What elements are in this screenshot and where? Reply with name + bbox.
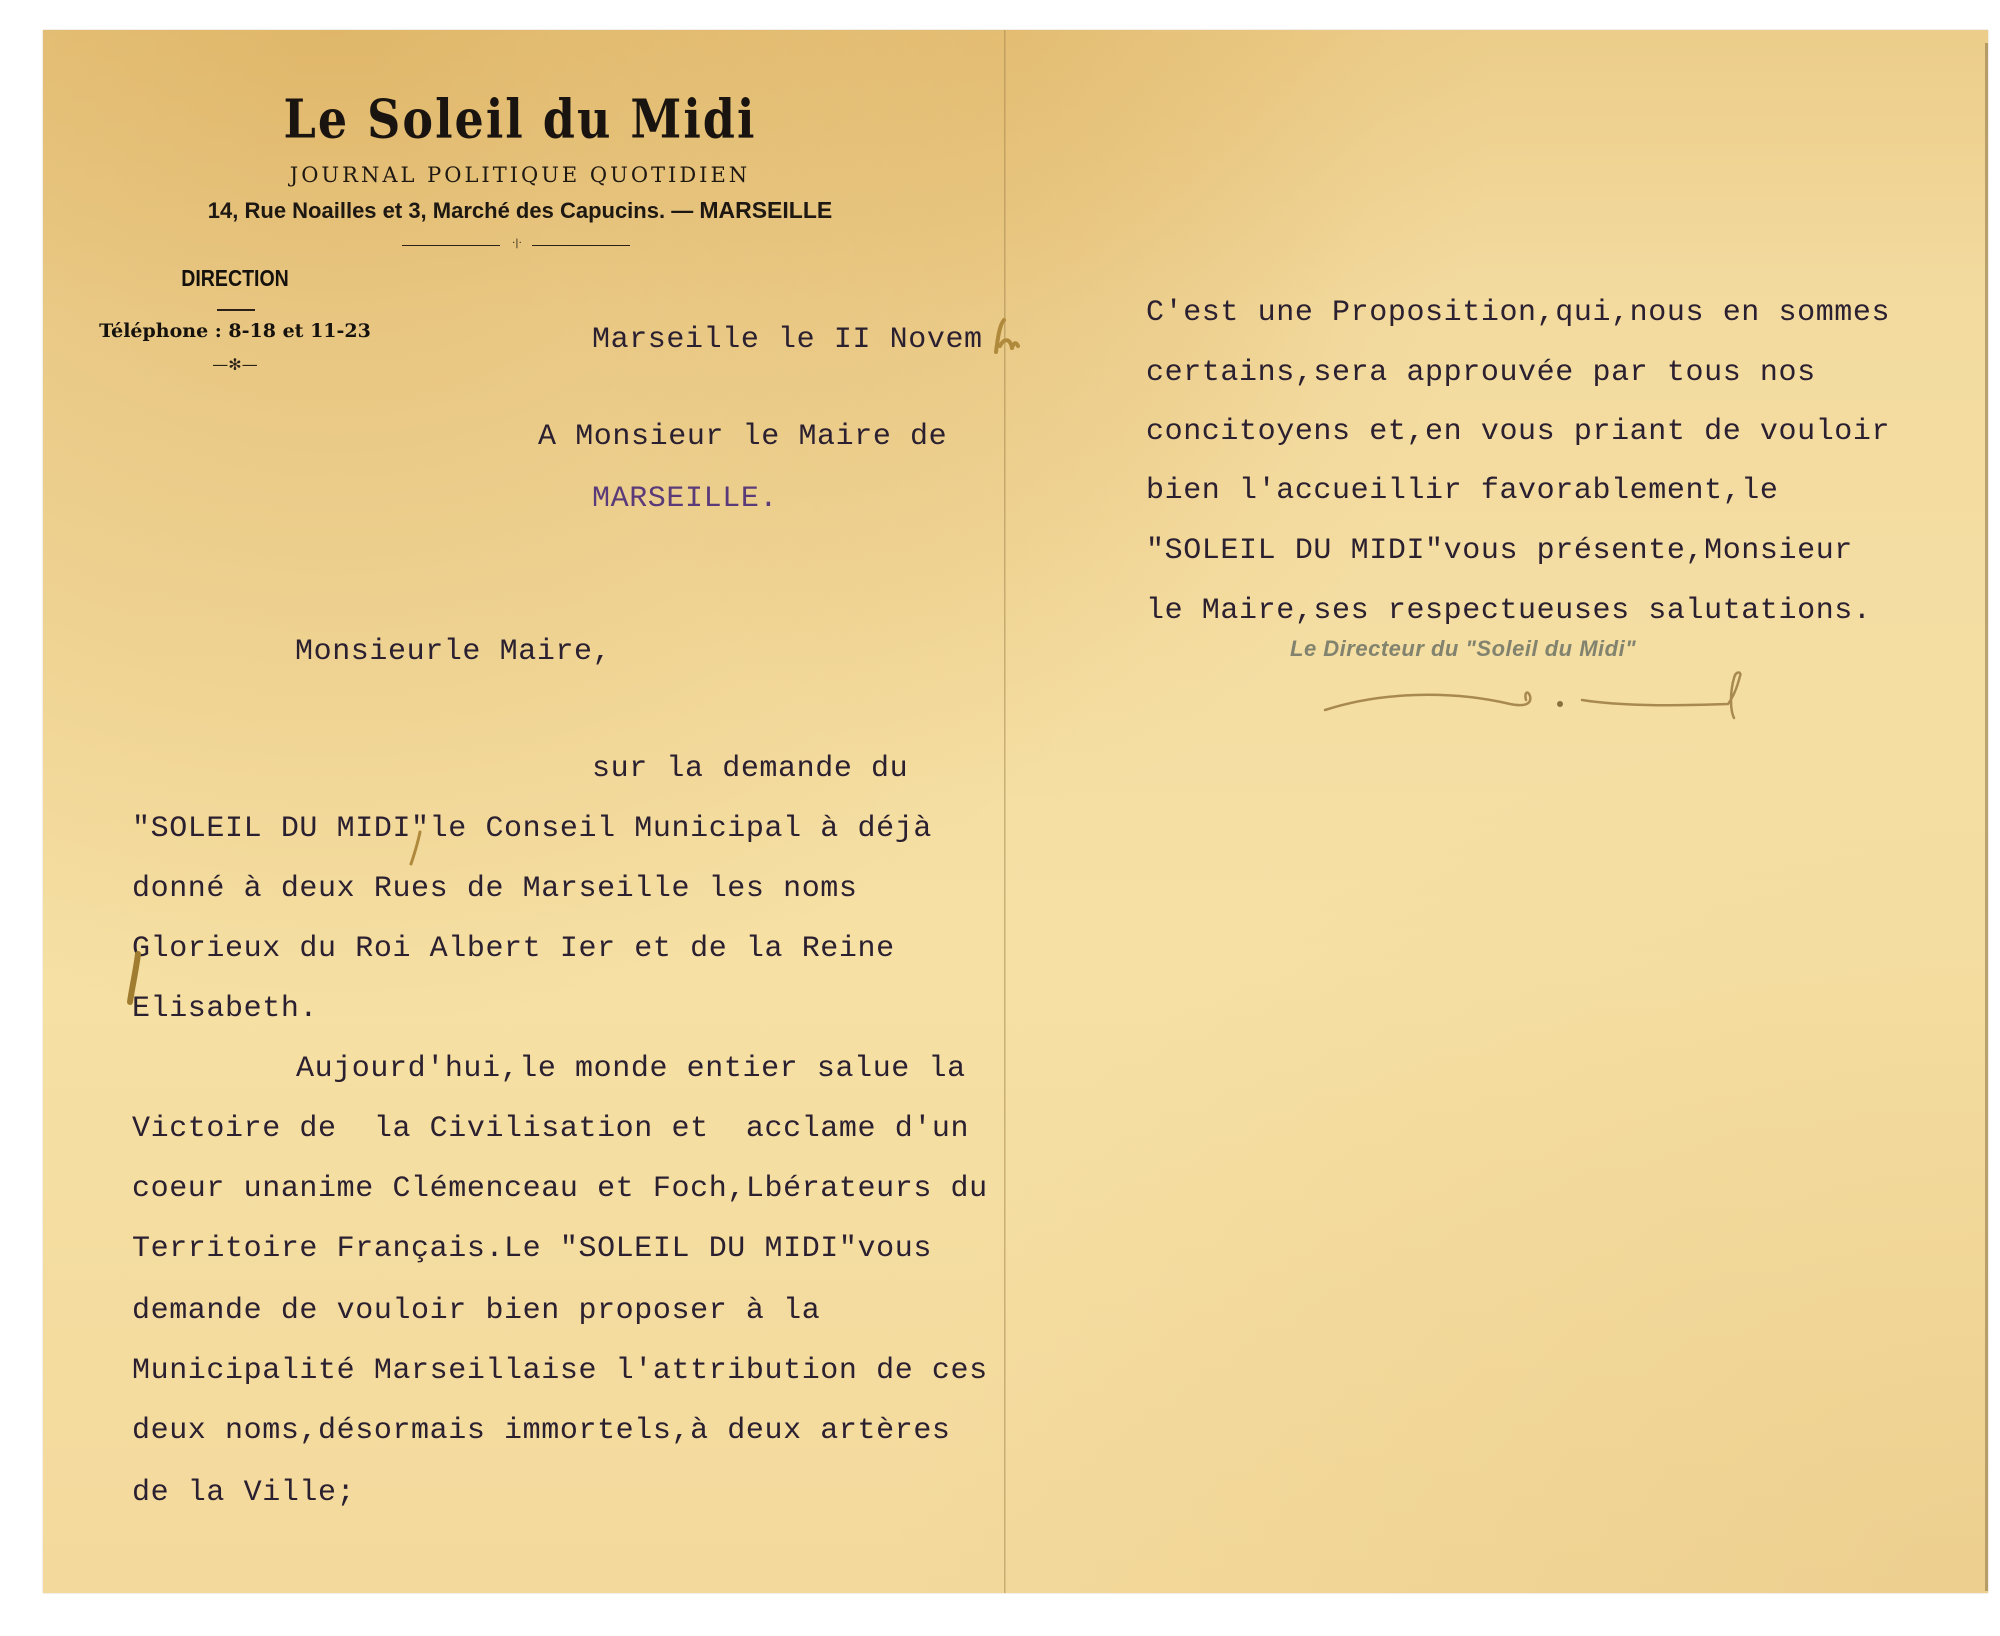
body-line: demande de vouloir bien proposer à la bbox=[132, 1294, 820, 1328]
header-divider: ·|· bbox=[402, 243, 630, 249]
body-line: deux noms,désormais immortels,à deux art… bbox=[132, 1414, 951, 1448]
divider-line-right bbox=[532, 245, 630, 246]
body-line: "SOLEIL DU MIDI"vous présente,Monsieur bbox=[1146, 534, 1853, 568]
body-line: concitoyens et,en vous priant de vouloir bbox=[1146, 415, 1890, 449]
signature bbox=[1320, 670, 1780, 720]
recipient-line-2: MARSEILLE. bbox=[592, 482, 778, 516]
newspaper-address: 14, Rue Noailles et 3, Marché des Capuci… bbox=[120, 197, 920, 224]
ink-correction-mark bbox=[990, 316, 1020, 356]
divider-ornament-icon: ·|· bbox=[502, 238, 532, 249]
body-line: Aujourd'hui,le monde entier salue la bbox=[296, 1052, 966, 1086]
body-line: le Maire,ses respectueuses salutations. bbox=[1146, 594, 1872, 628]
body-line: de la Ville; bbox=[132, 1476, 355, 1510]
body-line: Elisabeth. bbox=[132, 992, 318, 1026]
recipient-line-1: A Monsieur le Maire de bbox=[538, 420, 947, 454]
body-line: certains,sera approuvée par tous nos bbox=[1146, 356, 1816, 390]
body-line: donné à deux Rues de Marseille les noms bbox=[132, 872, 858, 906]
department-rule bbox=[217, 309, 255, 311]
page-fold bbox=[1004, 30, 1006, 1593]
salutation: Monsieurle Maire, bbox=[295, 635, 611, 669]
ink-comma-mark bbox=[408, 828, 424, 868]
newspaper-subtitle: JOURNAL POLITIQUE QUOTIDIEN bbox=[130, 163, 910, 187]
body-line: Victoire de la Civilisation et acclame d… bbox=[132, 1112, 969, 1146]
body-line: Glorieux du Roi Albert Ier et de la Rein… bbox=[132, 932, 895, 966]
telephone-line: Téléphone : 8-18 et 11-23 bbox=[90, 320, 380, 342]
newspaper-title: Le Soleil du Midi bbox=[280, 88, 760, 150]
divider-line-left bbox=[402, 245, 500, 246]
address-city: MARSEILLE bbox=[699, 197, 832, 223]
paper-edge bbox=[1985, 43, 1988, 1591]
body-line: sur la demande du bbox=[592, 752, 908, 786]
address-street: 14, Rue Noailles et 3, Marché des Capuci… bbox=[208, 198, 700, 223]
body-line: coeur unanime Clémenceau et Foch,Lbérate… bbox=[132, 1172, 988, 1206]
asterisk-ornament-icon: —✻— bbox=[205, 355, 265, 374]
body-line: "SOLEIL DU MIDI"le Conseil Municipal à d… bbox=[132, 812, 932, 846]
body-line: bien l'accueillir favorablement,le bbox=[1146, 474, 1779, 508]
dateline: Marseille le II Novem bbox=[592, 323, 983, 357]
department-label: DIRECTION bbox=[154, 265, 316, 292]
body-line: Municipalité Marseillaise l'attribution … bbox=[132, 1354, 988, 1388]
body-line: C'est une Proposition,qui,nous en sommes bbox=[1146, 296, 1890, 330]
body-line: Territoire Français.Le "SOLEIL DU MIDI"v… bbox=[132, 1232, 932, 1266]
director-stamp: Le Directeur du "Soleil du Midi" bbox=[1290, 636, 1636, 662]
